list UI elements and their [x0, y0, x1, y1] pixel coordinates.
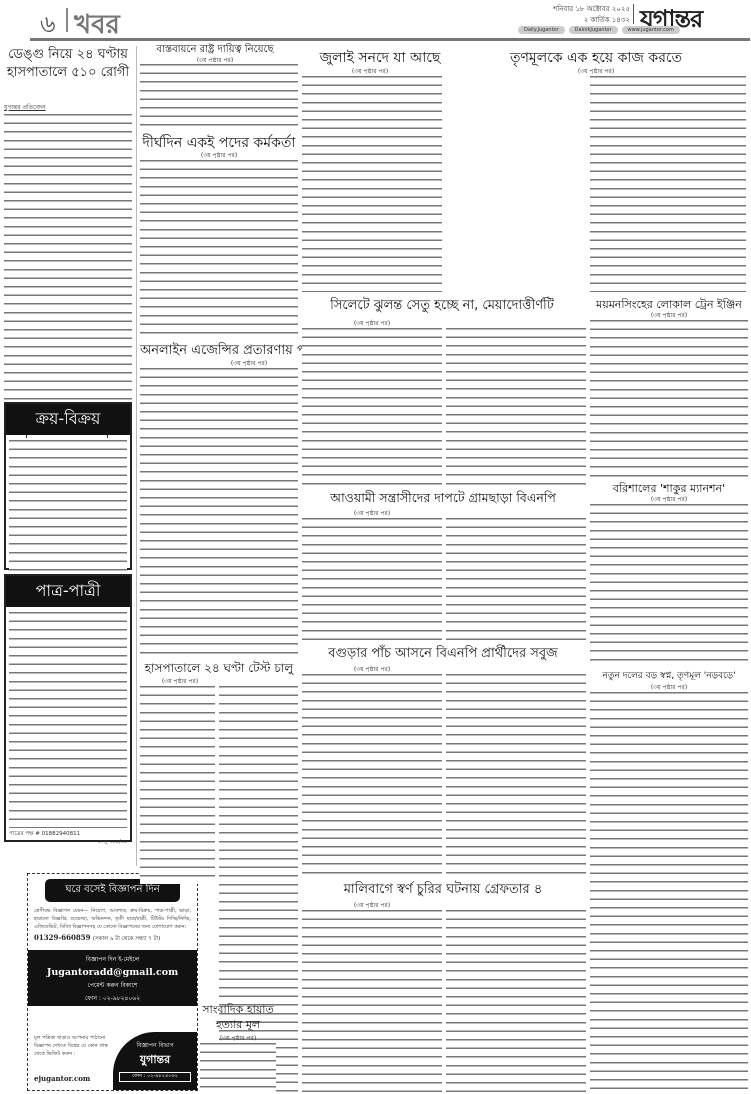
matrimonial-title: পাত্র-পাত্রী — [6, 576, 130, 607]
logo-divider — [633, 4, 634, 24]
fax-number: ফোন : ০২-৯৮২৪০৬২ — [28, 993, 197, 1004]
hospital-test-body-1 — [140, 684, 215, 884]
email-label: বিজ্ঞাপন দিন ই-মেইলে — [28, 954, 197, 965]
social-links: Daily.Jugantor DainikJugantor www.jugant… — [518, 26, 680, 34]
sylhet-bridge-headline: সিলেটে ঝুলন্ত সেতু হচ্ছে না, মেয়াদোত্তী… — [302, 296, 582, 317]
new-party-body — [590, 690, 748, 1094]
buy-sell-classifieds: ক্রয়-বিক্রয় — [4, 402, 132, 570]
bogura-body-2 — [446, 672, 586, 876]
sylhet-bridge-body-1 — [302, 326, 442, 488]
ad-dept-phone: ফোন : ০২-৯৮২৪০৬২ — [119, 1072, 191, 1082]
matrimonial-classifieds: পাত্র-পাত্রী পাত্রের পক্ষ # 01882940811 … — [4, 574, 132, 842]
email-block: বিজ্ঞাপন দিন ই-মেইলে Jugantoradd@gmail.c… — [28, 950, 197, 1006]
journalist-headline-line1: সাংবাদিক হায়াত — [200, 1002, 276, 1017]
ad-dept-label: বিজ্ঞাপন বিভাগ — [113, 1040, 197, 1051]
masthead-rule — [30, 38, 750, 41]
facebook-link[interactable]: DainikJugantor — [569, 26, 618, 34]
dengue-headline: ডেঙ্গু নিয়ে ২৪ ঘণ্টায় হাসপাতালে ৫১০ রো… — [4, 46, 132, 82]
website-link[interactable]: www.jugantor.com — [622, 26, 680, 34]
barishal-body — [590, 502, 748, 666]
ad-hours: (সকাল ৯ টা থেকে সন্ধ্যা ৭ টা) — [93, 936, 160, 942]
advertise-box: ঘরে বসেই বিজ্ঞাপন দিন শ্রেণীবদ্ধ বিজ্ঞাপ… — [27, 873, 198, 1091]
buy-sell-body — [9, 438, 127, 578]
long-term-officer-body — [140, 158, 298, 340]
ad-body: শ্রেণীবদ্ধ বিজ্ঞাপন যেমন— নিয়োগ, আবশ্যক… — [28, 905, 197, 933]
journalist-body — [200, 1041, 276, 1094]
online-agency-body — [140, 366, 298, 656]
sylhet-bridge-body-2 — [446, 326, 586, 488]
ad-phone-number[interactable]: 01329-660859 — [34, 933, 90, 942]
bogura-body-1 — [302, 672, 442, 876]
section-divider — [66, 8, 68, 32]
malibagh-body-1 — [302, 908, 442, 1094]
malibagh-headline: মালিবাগে স্বর্ণ চুরির ঘটনায় গ্রেফতার ৪ — [302, 880, 584, 901]
trinamool-body-main — [590, 74, 746, 292]
column-rule — [136, 46, 137, 866]
july-charter-body-1 — [302, 74, 442, 292]
malibagh-body-2 — [446, 908, 586, 1094]
mymensingh-train-body — [590, 318, 748, 478]
newspaper-logo: যুগান্তর — [640, 1, 702, 41]
email-address[interactable]: Jugantoradd@gmail.com — [28, 967, 197, 978]
awami-bnp-headline: আওয়ামী সন্ত্রাসীদের দাপটে গ্রামছাড়া বি… — [302, 490, 584, 510]
awami-bnp-body-1 — [302, 516, 442, 642]
new-party-headline: নতুন দলের বড় স্বপ্ন, তৃণমূল 'নড়বড়ে' — [590, 668, 748, 683]
date-gregorian: শনিবার ১৮ অক্টোবর ২০২৫ — [500, 4, 630, 15]
ad-phone: 01329-660859 (সকাল ৯ টা থেকে সন্ধ্যা ৭ ট… — [28, 933, 197, 944]
matrimonial-ref: সেলু-৩১৯/২৫ — [6, 839, 130, 847]
section-title: খবর — [74, 4, 120, 48]
payment-label: পেমেন্ট করুন বিকাশে — [28, 980, 197, 991]
date-block: শনিবার ১৮ অক্টোবর ২০২৫ ২ কার্তিক ১৪৩২ — [500, 4, 630, 26]
ad-dept-badge: বিজ্ঞাপন বিভাগ যুগান্তর ফোন : ০২-৯৮২৪০৬২ — [113, 1032, 197, 1090]
awami-bnp-body-2 — [446, 516, 586, 642]
journalist-headline: সাংবাদিক হায়াত হত্যার মূল — [200, 1002, 276, 1032]
bogura-headline: বগুড়ার পাঁচ আসনে বিএনপি প্রার্থীদের সবু… — [302, 644, 584, 665]
dengue-body — [4, 112, 132, 402]
state-responsibility-body — [140, 62, 298, 130]
journalist-headline-line2: হত্যার মূল — [200, 1017, 276, 1032]
ad-footer-text: মূল পত্রিকা ছাড়াও আপনার পাঠানো বিজ্ঞাপন… — [34, 1034, 114, 1058]
buy-sell-title: ক্রয়-বিক্রয় — [6, 404, 130, 435]
x-link[interactable]: Daily.Jugantor — [518, 26, 565, 34]
matrimonial-phone: পাত্রের পক্ষ # 01882940811 — [6, 831, 130, 839]
date-bangla: ২ কার্তিক ১৪৩২ — [500, 15, 630, 26]
matrimonial-body — [9, 610, 127, 828]
ad-website[interactable]: ejugantor.com — [34, 1074, 90, 1083]
ad-dept-logo: যুগান্তর — [113, 1051, 197, 1070]
